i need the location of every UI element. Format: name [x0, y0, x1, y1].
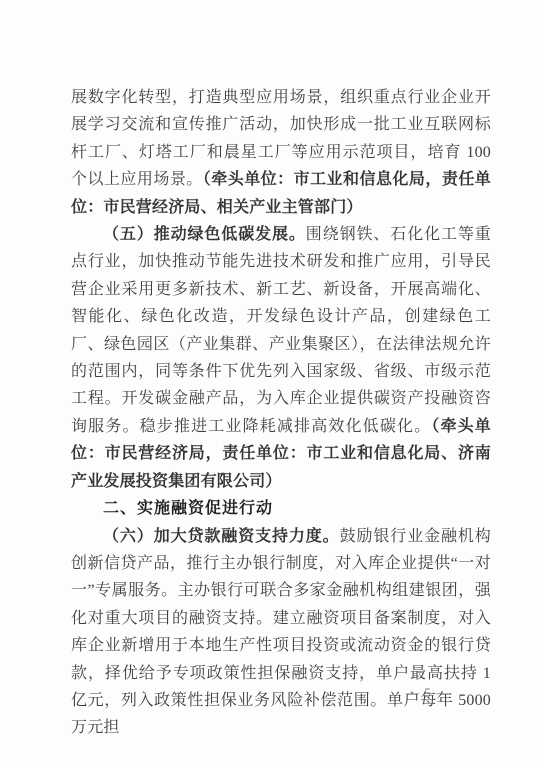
document-content: 展数字化转型，打造典型应用场景，组织重点行业企业开展学习交流和宣传推广活动，加快… — [71, 84, 491, 742]
subsection-title-5: （五）推动绿色低碳发展。 — [103, 226, 306, 243]
paragraph-green-low-carbon: （五）推动绿色低碳发展。围绕钢铁、石化化工等重点行业，加快推动节能先进技术研发和… — [71, 221, 491, 495]
paragraph-loan-financing: （六）加大贷款融资支持力度。鼓励银行业金融机构创新信贷产品，推行主办银行制度，对… — [71, 523, 491, 742]
section-heading-financing-promotion: 二、实施融资促进行动 — [71, 495, 491, 522]
subsection-title-6: （六）加大贷款融资支持力度。 — [103, 528, 340, 545]
body-text: 围绕钢铁、石化化工等重点行业，加快推动节能先进技术研发和推广应用，引导民营企业采… — [71, 226, 491, 435]
page-number: — 5 — — [398, 685, 458, 701]
body-text: 鼓励银行业金融机构创新信贷产品，推行主办银行制度，对入库企业提供“一对一”专属服… — [71, 528, 491, 737]
document-page: 展数字化转型，打造典型应用场景，组织重点行业企业开展学习交流和宣传推广活动，加快… — [0, 0, 543, 768]
paragraph-digital-transformation: 展数字化转型，打造典型应用场景，组织重点行业企业开展学习交流和宣传推广活动，加快… — [71, 84, 491, 221]
